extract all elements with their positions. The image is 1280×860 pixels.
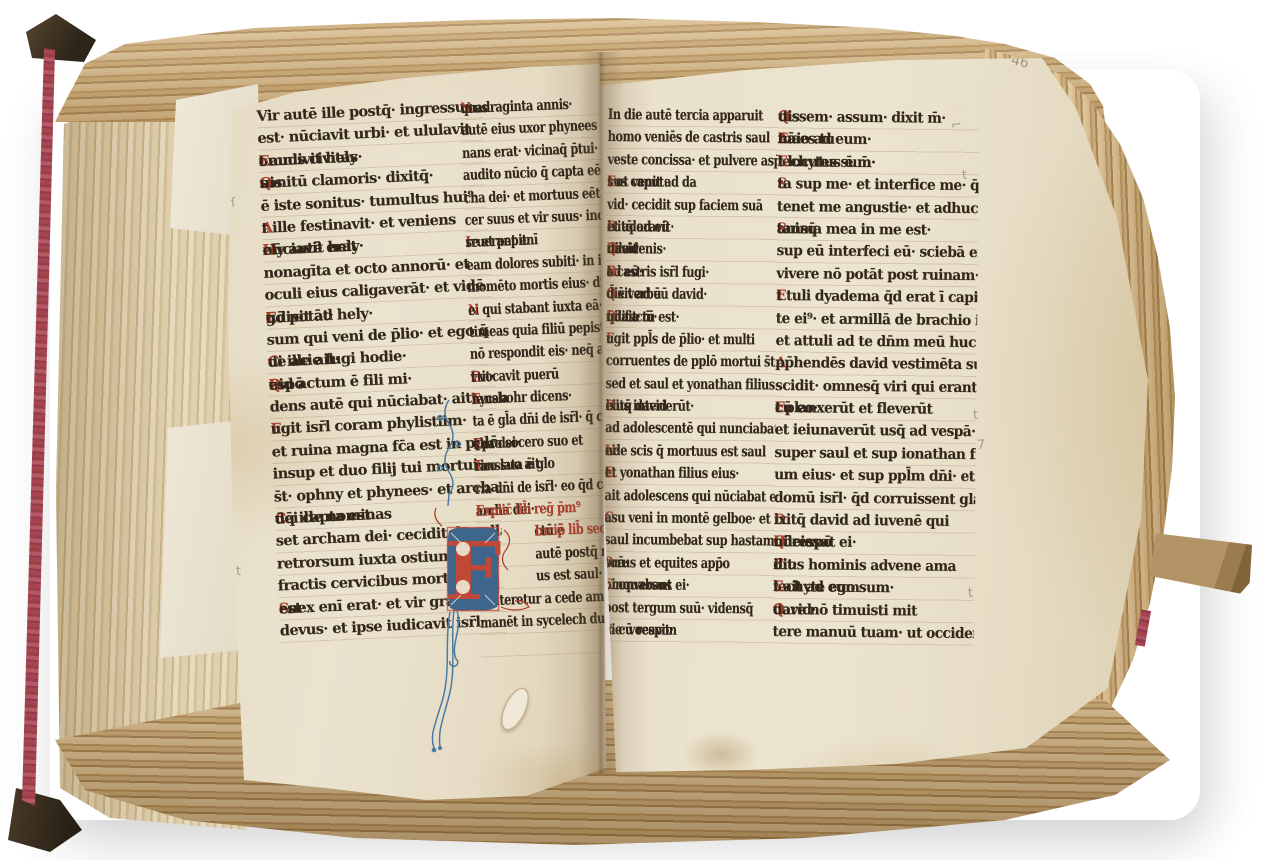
- right-column-1: In die autē tercia apparuithomo veniēs d…: [603, 104, 778, 650]
- text-line: In die autē tercia apparuit: [608, 104, 778, 128]
- text-line: q̄d factū est· Indica m̄· Qui ait·: [606, 306, 776, 330]
- left-page: Vir autē ille postq̄· ingressusest· nūci…: [226, 58, 608, 804]
- text-line: veste concissa· et pulvere asp̄: [607, 149, 777, 173]
- parchment-hole: [495, 684, 534, 735]
- text-line: ei· Unde scis q̄ mortuus est saul: [605, 440, 775, 464]
- text-line: vid· cecidit sup faciem suā: [607, 194, 777, 218]
- text-line: Fugit ppl̄s de p̄lio· et multi: [606, 328, 776, 352]
- text-line: et adoravit· Dixitq̄ ad eū: [607, 216, 777, 240]
- text-line: Et tuli dyadema q̄d erat ī capi: [776, 285, 978, 309]
- text-line: saul incumbebat sup hastam: [604, 529, 774, 553]
- text-line: sup eū interfeci eū· sciebā enī q̄: [776, 240, 978, 264]
- text-line: cū eo· Et planxerūt et fleverūt: [775, 397, 977, 421]
- text-line: homo veniēs de castris saul: [608, 126, 778, 150]
- right-page: In die autē tercia apparuithomo veniēs d…: [596, 48, 1162, 784]
- text-line: sed et saul et yonathan filius: [605, 373, 775, 397]
- text-line: vivere nō potāt post ruinam·: [776, 263, 978, 287]
- text-line: et attuli ad te dn̄m meū huc·: [775, 330, 977, 354]
- text-line: nā es tu· Et aio ad eum· Ama: [778, 128, 980, 152]
- text-line: sus caput· Et ut venit ad da: [607, 171, 777, 195]
- text-line: um eius· et sup ppl̄m dn̄i· et sup: [774, 464, 976, 488]
- text-line: david· Unde venis· Qui ait: [607, 238, 777, 262]
- gutter-shadow: [578, 52, 624, 774]
- initial-letter: F: [445, 524, 502, 618]
- text-line: tere manuū tuam· ut occideres: [772, 621, 974, 645]
- text-line: et ieiunaverūt usq̄ ad vespā·: [774, 419, 976, 443]
- text-line: pinquabant ei· Et conversus: [604, 574, 774, 598]
- text-line: eius interierūt· Dixitq̄ david: [605, 395, 775, 419]
- text-line: nūciavat ei· Unde es· Qui respō: [773, 531, 975, 555]
- text-line: super saul et sup ionathan fili: [774, 442, 976, 466]
- text-line: corruentes de pplō mortui s̄t·: [606, 350, 776, 374]
- right-column-2: dissem· assum· dixit m̄· Quisnā es tu· E…: [772, 106, 979, 653]
- text-line: App̄hendēs david vestimēta sua: [775, 352, 977, 376]
- manuscript-photo: Vir autē ille postq̄· ingressusest· nūci…: [0, 0, 1280, 860]
- cover-corner-top-left: [26, 14, 96, 62]
- text-line: lechytes sum· Et locutus ē m̄·: [777, 151, 979, 175]
- text-line: tenet me angustie· et adhuc: [777, 196, 979, 220]
- text-line: suā· Porrus et equites app̄o: [604, 552, 774, 576]
- decorated-initial: F: [445, 525, 501, 613]
- text-line: scidit· omnesq̄ viri qui erant: [775, 375, 977, 399]
- text-line: dissem· assum· dixit m̄· Quis: [778, 106, 980, 130]
- text-line: ait adolescens qui nūciabat ei·: [604, 485, 774, 509]
- text-line: anima mea in me est· Stansq̄: [777, 218, 979, 242]
- text-line: post tergum suū· vidensq̄: [604, 597, 774, 621]
- text-line: david· Quare nō timuisti mit: [773, 599, 975, 623]
- text-line: lechyte ego sum· Et ait ad eum: [773, 576, 975, 600]
- text-line: ad eū· De castris isr̄l fugi· Et: [606, 261, 776, 285]
- text-line: et yonathan filius eius· Et: [605, 462, 775, 486]
- text-line: dit· Filius hominis advene ama: [773, 554, 975, 578]
- text-line: Sta sup me· et interfice me· q̄: [777, 173, 979, 197]
- text-line: Casu veni in montē gelboe· et: [604, 507, 774, 531]
- text-line: me· vocavit· Cui cū respon: [603, 619, 773, 643]
- text-line: ad adolescentē qui nunciabat: [605, 417, 775, 441]
- text-line: Dixitq̄ david ad iuvenē qui: [774, 509, 976, 533]
- text-line: dixit ad eū david· Qd̄ ē verbū: [606, 283, 776, 307]
- text-line: domū isr̄l· q̄d corruissent gladio·: [774, 487, 976, 511]
- text-line: te ei⁹· et armillā de brachio ill̄⁹: [776, 308, 978, 332]
